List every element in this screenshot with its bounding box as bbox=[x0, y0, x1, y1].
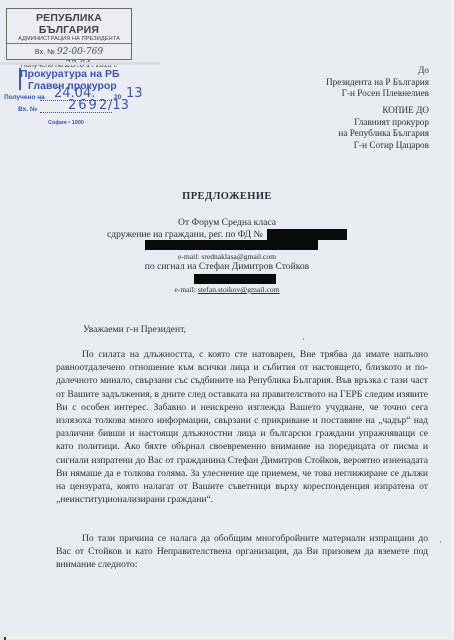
copy-label: КОПИЕ ДО bbox=[338, 105, 429, 117]
copy-line-2: на Република България bbox=[338, 128, 429, 140]
document-title: ПРЕДЛОЖЕНИЕ bbox=[0, 191, 454, 202]
stamp-incoming-label: Вх. № bbox=[35, 47, 55, 56]
redacted-box bbox=[267, 229, 347, 240]
paragraph-1: По силата на длъжността, с която сте нат… bbox=[56, 348, 428, 506]
president-administration-stamp: РЕПУБЛИКА БЪЛГАРИЯ АДМИНИСТРАЦИЯ НА ПРЕЗ… bbox=[6, 8, 132, 60]
prosecutor-stamp: Прокуратура на РБ Главен прокурор Получе… bbox=[4, 68, 154, 126]
prosecutor-incoming-number: 2692 bbox=[68, 98, 109, 113]
prosecutor-stamp-title: Прокуратура на РБ bbox=[20, 68, 120, 80]
incoming-dotted-line bbox=[40, 112, 112, 113]
addressee-block: До Президента на Р България Г-н Росен Пл… bbox=[326, 65, 429, 100]
to-line-2: Г-н Росен Плевнелиев bbox=[326, 88, 429, 100]
document-page: РЕПУБЛИКА БЪЛГАРИЯ АДМИНИСТРАЦИЯ НА ПРЕЗ… bbox=[0, 0, 454, 639]
paragraph-2: По тази причина се налага да обобщим мно… bbox=[56, 532, 428, 572]
org-email[interactable]: srednaklasa@gmail.com bbox=[201, 252, 276, 261]
to-label: До bbox=[326, 65, 429, 77]
signal-email-line: e-mail: stefan.stoikov@gmail.com bbox=[0, 285, 454, 294]
scan-speck bbox=[440, 541, 441, 543]
prosecutor-city: София • 1000 bbox=[48, 120, 84, 126]
org-email-line: e-mail: srednaklasa@gmail.com bbox=[0, 252, 454, 261]
copy-to-block: КОПИЕ ДО Главният прокурор на Република … bbox=[338, 105, 429, 151]
copy-line-1: Главният прокурор bbox=[338, 117, 429, 129]
stamp-shadow-divider bbox=[0, 62, 160, 65]
signal-email-label: e-mail: bbox=[174, 285, 196, 294]
signal-line: по сигнал на Стефан Димитров Стойков bbox=[0, 261, 454, 272]
stamp-title: РЕПУБЛИКА БЪЛГАРИЯ bbox=[7, 12, 131, 36]
from-line: От Форум Средна класа bbox=[0, 217, 454, 228]
org-line: сдружение на граждани, рег. по ФД № bbox=[0, 229, 454, 240]
prosecutor-received-label: Получено на bbox=[4, 94, 45, 101]
prosecutor-incoming-label: Вх. № bbox=[18, 106, 37, 113]
scan-speck bbox=[303, 338, 304, 340]
copy-line-3: Г-н Сотир Цацаров bbox=[338, 140, 429, 152]
prosecutor-incoming-suffix: /13 bbox=[108, 98, 129, 113]
redacted-box bbox=[145, 240, 318, 250]
stamp-incoming-number: 92-00-769 bbox=[57, 47, 103, 57]
stamp-subtitle: АДМИНИСТРАЦИЯ НА ПРЕЗИДЕНТА bbox=[7, 36, 131, 44]
org-email-label: e-mail: bbox=[178, 252, 200, 261]
org-registration-text: сдружение на граждани, рег. по ФД № bbox=[107, 229, 263, 240]
greeting: Уважаеми г-н Президент, bbox=[83, 324, 186, 335]
stamp-incoming-row: Вх. № 92-00-769 bbox=[7, 47, 131, 57]
to-line-1: Президента на Р България bbox=[326, 77, 429, 89]
signal-email-link[interactable]: stefan.stoikov@gmail.com bbox=[198, 285, 280, 294]
redacted-box bbox=[194, 274, 276, 284]
